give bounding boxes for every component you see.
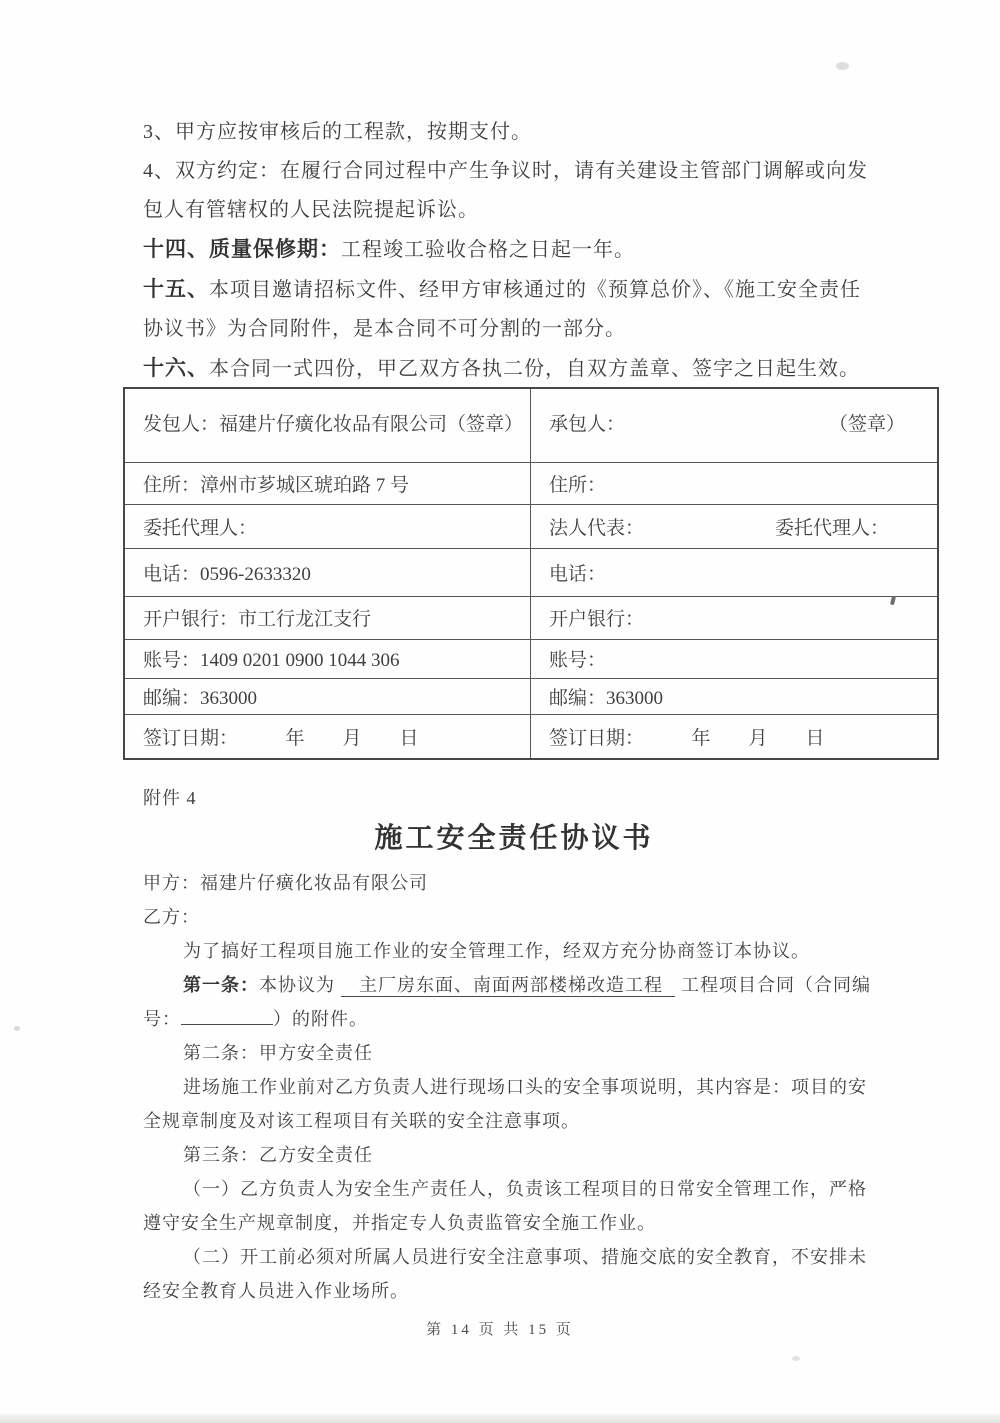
employer-account-cell: 账号：1409 0201 0900 1044 306: [124, 639, 531, 678]
clause-3: 3、甲方应按审核后的工程款，按期支付。: [143, 113, 880, 152]
article-1-line-2-post: ）的附件。: [273, 1009, 368, 1029]
scan-speck: [836, 62, 849, 70]
legal-rep-label: 法人代表：: [549, 513, 644, 540]
clause-14-heading: 十四、质量保修期：: [143, 237, 341, 261]
contractor-label: 承包人：: [549, 407, 625, 443]
attachment-title: 施工安全责任协议书: [143, 818, 885, 860]
contractor-cell: 承包人：（签章）: [531, 388, 939, 462]
employer-address-cell: 住所：漳州市芗城区琥珀路 7 号: [124, 462, 531, 504]
contract-number-label: 号：: [143, 1009, 181, 1029]
table-row-parties: 发包人：福建片仔癀化妆品有限公司（签章） 承包人：（签章）: [124, 388, 938, 462]
contractor-address-cell: 住所：: [531, 462, 939, 504]
contractor-bank-cell: 开户银行：: [531, 596, 939, 639]
party-a-line: 甲方：福建片仔癀化妆品有限公司: [143, 866, 885, 900]
document-page: 3、甲方应按审核后的工程款，按期支付。 4、双方约定：在履行合同过程中产生争议时…: [0, 0, 1000, 1423]
page-number: 第 14 页 共 15 页: [0, 1318, 1000, 1339]
clause-16: 十六、本合同一式四份，甲乙双方各执二份，自双方盖章、签字之日起生效。: [143, 349, 880, 389]
scan-page-edge: [0, 1414, 1000, 1423]
article-1-line-2: 号：）的附件。: [143, 1002, 885, 1036]
contractor-phone-cell: 电话：: [531, 548, 939, 596]
contractor-account-cell: 账号：: [531, 639, 939, 678]
employer-phone-cell: 电话：0596-2633320: [124, 548, 531, 596]
article-3-title: 第三条：乙方安全责任: [143, 1138, 885, 1172]
scan-speck: [792, 1356, 800, 1361]
employer-cell: 发包人：福建片仔癀化妆品有限公司（签章）: [124, 388, 531, 462]
attachment-label: 附件 4: [143, 782, 885, 814]
article-1-post: 工程项目合同（合同编: [681, 975, 871, 995]
employer-postcode-cell: 邮编：363000: [124, 678, 531, 714]
clause-15-text: 本项目邀请招标文件、经甲方审核通过的《预算总价》、《施工安全责任协议书》为合同附…: [143, 279, 861, 340]
clause-14: 十四、质量保修期：工程竣工验收合格之日起一年。: [143, 230, 880, 270]
employer-sign-date-cell: 签订日期： 年 月 日: [124, 714, 531, 759]
article-1-label: 第一条：: [183, 975, 259, 995]
clause-16-text: 本合同一式四份，甲乙双方各执二份，自双方盖章、签字之日起生效。: [209, 358, 860, 380]
article-2-title: 第二条：甲方安全责任: [143, 1036, 885, 1070]
party-b-line: 乙方：: [143, 900, 885, 934]
table-row-account: 账号：1409 0201 0900 1044 306 账号：: [124, 639, 938, 678]
article-3-item-2: （二）开工前必须对所属人员进行安全注意事项、措施交底的安全教育，不安排未经安全教…: [143, 1240, 885, 1308]
table-row-postcode: 邮编：363000 邮编：363000: [124, 678, 938, 714]
article-3-item-1: （一）乙方负责人为安全生产责任人，负责该工程项目的日常安全管理工作，严格遵守安全…: [143, 1172, 885, 1240]
contract-number-blank: [181, 1010, 273, 1025]
contractor-sign-date-cell: 签订日期： 年 月 日: [531, 714, 939, 759]
clause-16-heading: 十六、: [143, 356, 209, 380]
clause-14-text: 工程竣工验收合格之日起一年。: [341, 239, 635, 261]
project-name-underlined: 主厂房东面、南面两部楼梯改造工程: [341, 975, 675, 997]
clause-4: 4、双方约定：在履行合同过程中产生争议时，请有关建设主管部门调解或向发包人有管辖…: [143, 152, 880, 230]
table-row-agent: 委托代理人： 法人代表：委托代理人：: [124, 504, 938, 548]
agreement-intro: 为了搞好工程项目施工作业的安全管理工作，经双方充分协商签订本协议。: [143, 934, 885, 968]
attachment-section: 附件 4 施工安全责任协议书 甲方：福建片仔癀化妆品有限公司 乙方： 为了搞好工…: [143, 782, 885, 1308]
table-row-phone: 电话：0596-2633320 电话：: [124, 548, 938, 596]
article-2-text: 进场施工作业前对乙方负责人进行现场口头的安全事项说明，其内容是：项目的安全规章制…: [143, 1070, 885, 1138]
agent-label: 委托代理人：: [775, 513, 927, 540]
scan-speck: [14, 1026, 20, 1031]
contract-clauses: 3、甲方应按审核后的工程款，按期支付。 4、双方约定：在履行合同过程中产生争议时…: [143, 113, 880, 389]
table-row-bank: 开户银行：市工行龙江支行 开户银行：: [124, 596, 938, 639]
table-row-sign-date: 签订日期： 年 月 日 签订日期： 年 月 日: [124, 714, 938, 759]
table-row-address: 住所：漳州市芗城区琥珀路 7 号 住所：: [124, 462, 938, 504]
clause-15-heading: 十五、: [143, 277, 209, 301]
signature-table: 发包人：福建片仔癀化妆品有限公司（签章） 承包人：（签章） 住所：漳州市芗城区琥…: [123, 387, 939, 760]
contractor-agent-cell: 法人代表：委托代理人：: [531, 504, 939, 548]
employer-agent-cell: 委托代理人：: [124, 504, 531, 548]
seal-label: （签章）: [829, 407, 927, 443]
article-1-pre: 本协议为: [259, 975, 335, 995]
employer-bank-cell: 开户银行：市工行龙江支行: [124, 596, 531, 639]
article-1-line-1: 第一条：本协议为主厂房东面、南面两部楼梯改造工程工程项目合同（合同编: [143, 968, 885, 1002]
clause-15: 十五、本项目邀请招标文件、经甲方审核通过的《预算总价》、《施工安全责任协议书》为…: [143, 270, 880, 349]
contractor-postcode-cell: 邮编：363000: [531, 678, 939, 714]
